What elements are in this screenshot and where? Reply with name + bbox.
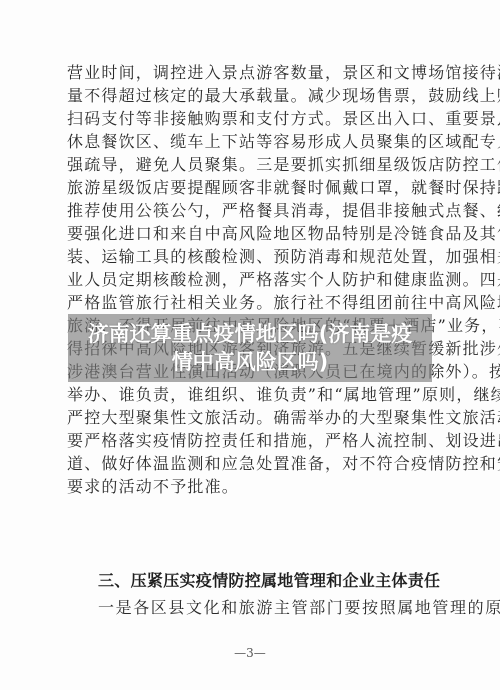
body-line: 道、做好体温监测和应急处置准备，对不符合疫情防控和安全: [67, 452, 439, 475]
body-line: 旅游星级饭店要提醒顾客非就餐时佩戴口罩，就餐时保持距离，: [67, 176, 439, 199]
title-overlay-banner: 济南还算重点疫情地区吗(济南是疫 情中高风险区吗): [68, 314, 432, 382]
body-line: 举办、谁负责，谁组织、谁负责”和“属地管理”原则，继续: [67, 383, 439, 406]
body-line: 要严格落实疫情防控责任和措施，严格人流控制、划设进出通: [67, 429, 439, 452]
body-line: 严格监管旅行社相关业务。旅行社不得组团前往中高风险地区: [67, 291, 439, 314]
body-line: 扫码支付等非接触购票和支付方式。景区出入口、重要景点、: [67, 107, 439, 130]
section-heading: 三、压紧压实疫情防控属地管理和企业主体责任: [98, 568, 440, 591]
body-paragraph: 营业时间，调控进入景点游客数量，景区和文博场馆接待游客 量不得超过核定的最大承载…: [67, 61, 439, 498]
body-line: 休息餐饮区、缆车上下站等容易形成人员聚集的区域配专人加: [67, 130, 439, 153]
body-line: 严控大型聚集性文旅活动。确需举办的大型聚集性文旅活动，: [67, 406, 439, 429]
body-line: 强疏导，避免人员聚集。三是要抓实抓细星级饭店防控工作。: [67, 153, 439, 176]
overlay-title-line-2: 情中高风险区吗): [75, 348, 425, 376]
body-line: 装、运输工具的核酸检测、预防消毒和规范处置，加强相关从: [67, 245, 439, 268]
overlay-title-line-1: 济南还算重点疫情地区吗(济南是疫: [75, 320, 425, 348]
page-number: —3—: [0, 646, 500, 660]
body-line: 营业时间，调控进入景点游客数量，景区和文博场馆接待游客: [67, 61, 439, 84]
body-line: 业人员定期核酸检测，严格落实个人防护和健康监测。四是要: [67, 268, 439, 291]
next-paragraph-line: 一是各区县文化和旅游主管部门要按照属地管理的原则，: [98, 595, 500, 618]
body-line: 要强化进口和来自中高风险地区物品特别是冷链食品及其包: [67, 222, 439, 245]
body-line: 量不得超过核定的最大承载量。减少现场售票，鼓励线上购票、: [67, 84, 439, 107]
body-line: 要求的活动不予批准。: [67, 475, 439, 498]
document-page: 营业时间，调控进入景点游客数量，景区和文博场馆接待游客 量不得超过核定的最大承载…: [0, 0, 500, 690]
body-line: 推荐使用公筷公勺，严格餐具消毒，提倡非接触式点餐、结账。: [67, 199, 439, 222]
